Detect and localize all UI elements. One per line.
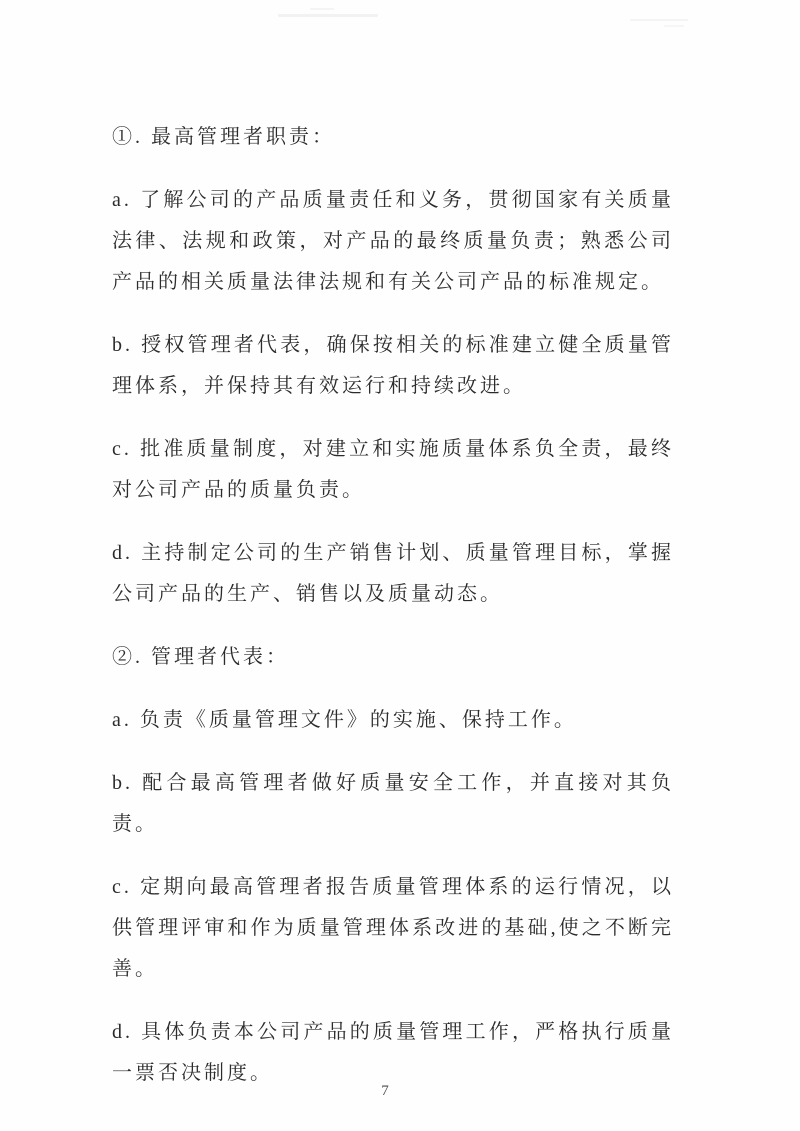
paragraph-top-mgmt-d: d. 主持制定公司的生产销售计划、质量管理目标，掌握公司产品的生产、销售以及质量…	[112, 533, 674, 615]
document-body: ①. 最高管理者职责： a. 了解公司的产品质量责任和义务，贯彻国家有关质量法律…	[112, 117, 674, 1116]
scan-artifact	[310, 8, 334, 10]
section-heading-top-management: ①. 最高管理者职责：	[112, 117, 674, 158]
page-number: 7	[0, 1083, 770, 1100]
paragraph-top-mgmt-c: c. 批准质量制度，对建立和实施质量体系负全责，最终对公司产品的质量负责。	[112, 429, 674, 511]
paragraph-top-mgmt-a: a. 了解公司的产品质量责任和义务，贯彻国家有关质量法律、法规和政策，对产品的最…	[112, 180, 674, 303]
scan-artifact	[630, 19, 688, 21]
paragraph-mgmt-rep-c: c. 定期向最高管理者报告质量管理体系的运行情况，以供管理评审和作为质量管理体系…	[112, 867, 674, 990]
paragraph-top-mgmt-b: b. 授权管理者代表，确保按相关的标准建立健全质量管理体系，并保持其有效运行和持…	[112, 325, 674, 407]
paragraph-mgmt-rep-d: d. 具体负责本公司产品的质量管理工作，严格执行质量一票否决制度。	[112, 1012, 674, 1094]
section-heading-management-rep: ②. 管理者代表：	[112, 637, 674, 678]
paragraph-mgmt-rep-a: a. 负责《质量管理文件》的实施、保持工作。	[112, 700, 674, 741]
document-page: ①. 最高管理者职责： a. 了解公司的产品质量责任和义务，贯彻国家有关质量法律…	[0, 0, 800, 1131]
scan-artifact	[278, 14, 378, 17]
paragraph-mgmt-rep-b: b. 配合最高管理者做好质量安全工作，并直接对其负责。	[112, 763, 674, 845]
scan-artifact	[664, 25, 684, 27]
